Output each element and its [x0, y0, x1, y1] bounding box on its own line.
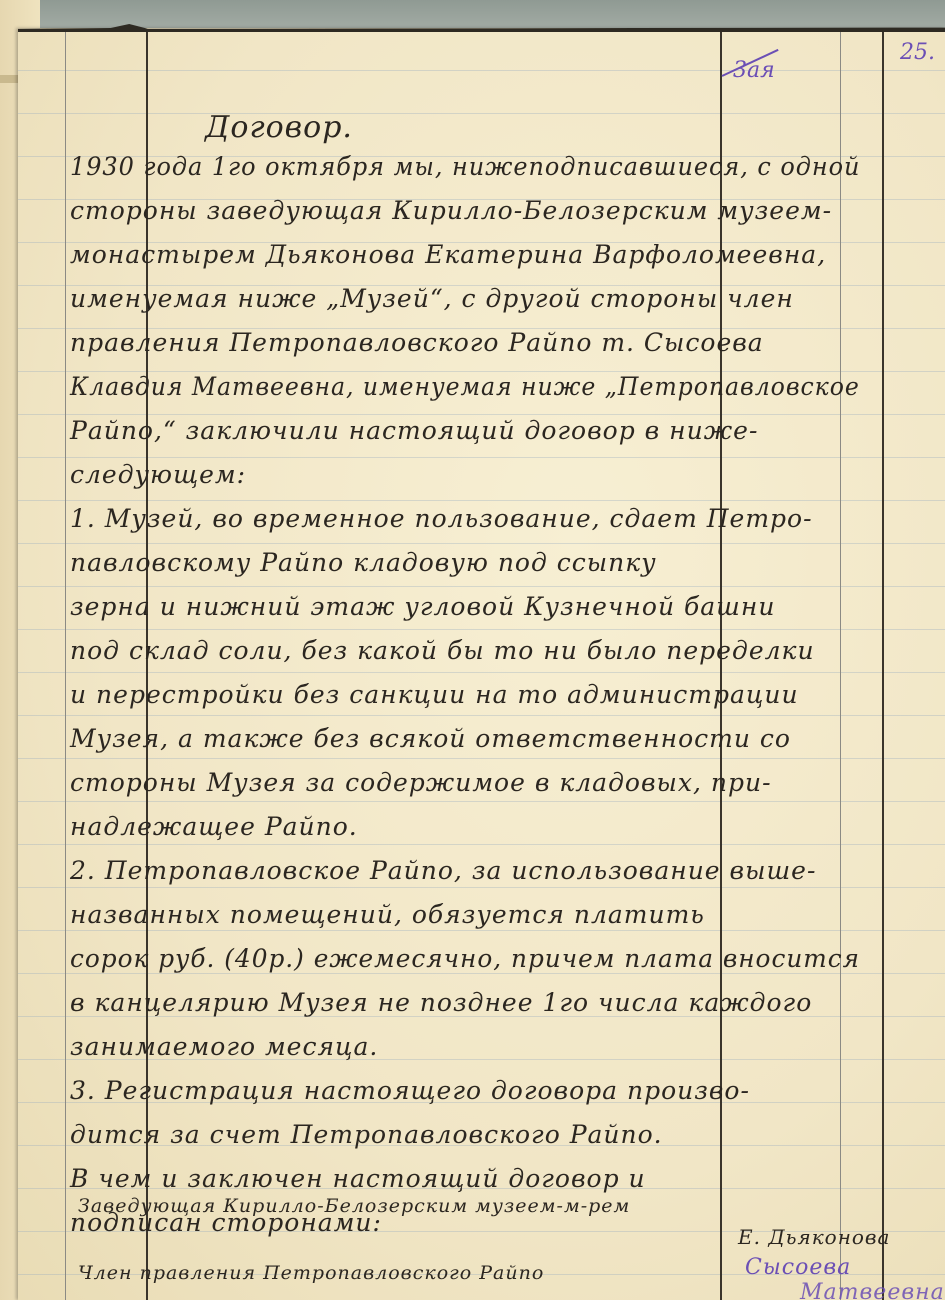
text-line: дится за счет Петропавловского Райпо.	[70, 1120, 663, 1149]
margin-line-left	[65, 32, 66, 1300]
text-line: правления Петропавловского Райпо т. Сысо…	[70, 328, 764, 357]
text-line: надлежащее Райпо.	[70, 812, 358, 841]
text-line: стороны заведующая Кирилло-Белозерским м…	[70, 196, 832, 225]
page-tab-marker	[0, 75, 18, 83]
text-line: Музея, а также без всякой ответственност…	[70, 724, 791, 753]
text-line: под склад соли, без какой бы то ни было …	[70, 636, 815, 665]
signature-role-raipo: Член правления Петропавловского Райпо	[78, 1262, 544, 1284]
text-line: зерна и нижний этаж угловой Кузнечной ба…	[70, 592, 775, 621]
text-line: и перестройки без санкции на то админист…	[70, 680, 799, 709]
text-line: монастырем Дьяконова Екатерина Варфоломе…	[70, 240, 826, 269]
text-line: в канцелярию Музея не позднее 1го числа …	[70, 988, 812, 1017]
text-line: 1. Музей, во временное пользование, сдае…	[70, 504, 813, 533]
column-rule-3	[840, 32, 841, 1300]
text-line: занимаемого месяца.	[70, 1032, 378, 1061]
text-line: именуемая ниже „Музей“, с другой стороны…	[70, 284, 794, 313]
text-line: названных помещений, обязуется платить	[70, 900, 705, 929]
text-line: 2. Петропавловское Райпо, за использован…	[70, 856, 816, 885]
text-line: стороны Музея за содержимое в кладовых, …	[70, 768, 772, 797]
signature-museum: Е. Дьяконова	[738, 1225, 890, 1249]
text-line: павловскому Райпо кладовую под ссыпку	[70, 548, 657, 577]
signature-raipo: Сысоева	[745, 1255, 851, 1280]
text-line: Райпо,“ заключили настоящий договор в ни…	[70, 416, 758, 445]
text-line: 1930 года 1го октября мы, нижеподписавши…	[70, 152, 860, 181]
text-line: В чем и заключен настоящий договор и	[70, 1164, 646, 1193]
scanned-document: 3ая 25. Договор. 1930 года 1го октября м…	[0, 0, 945, 1300]
text-line: следующем:	[70, 460, 246, 489]
column-rule-4	[882, 32, 884, 1300]
signature-role-museum: Заведующая Кирилло-Белозерским музеем-м-…	[78, 1195, 630, 1217]
text-line: Клавдия Матвеевна, именуемая ниже „Петро…	[70, 372, 860, 401]
purple-scrawl: Матвеевна Сысоева	[800, 1280, 945, 1300]
page-number: 25.	[900, 40, 935, 65]
text-line: 3. Регистрация настоящего договора произ…	[70, 1076, 750, 1105]
text-line: сорок руб. (40р.) ежемесячно, причем пла…	[70, 944, 860, 973]
document-title: Договор.	[205, 110, 353, 145]
